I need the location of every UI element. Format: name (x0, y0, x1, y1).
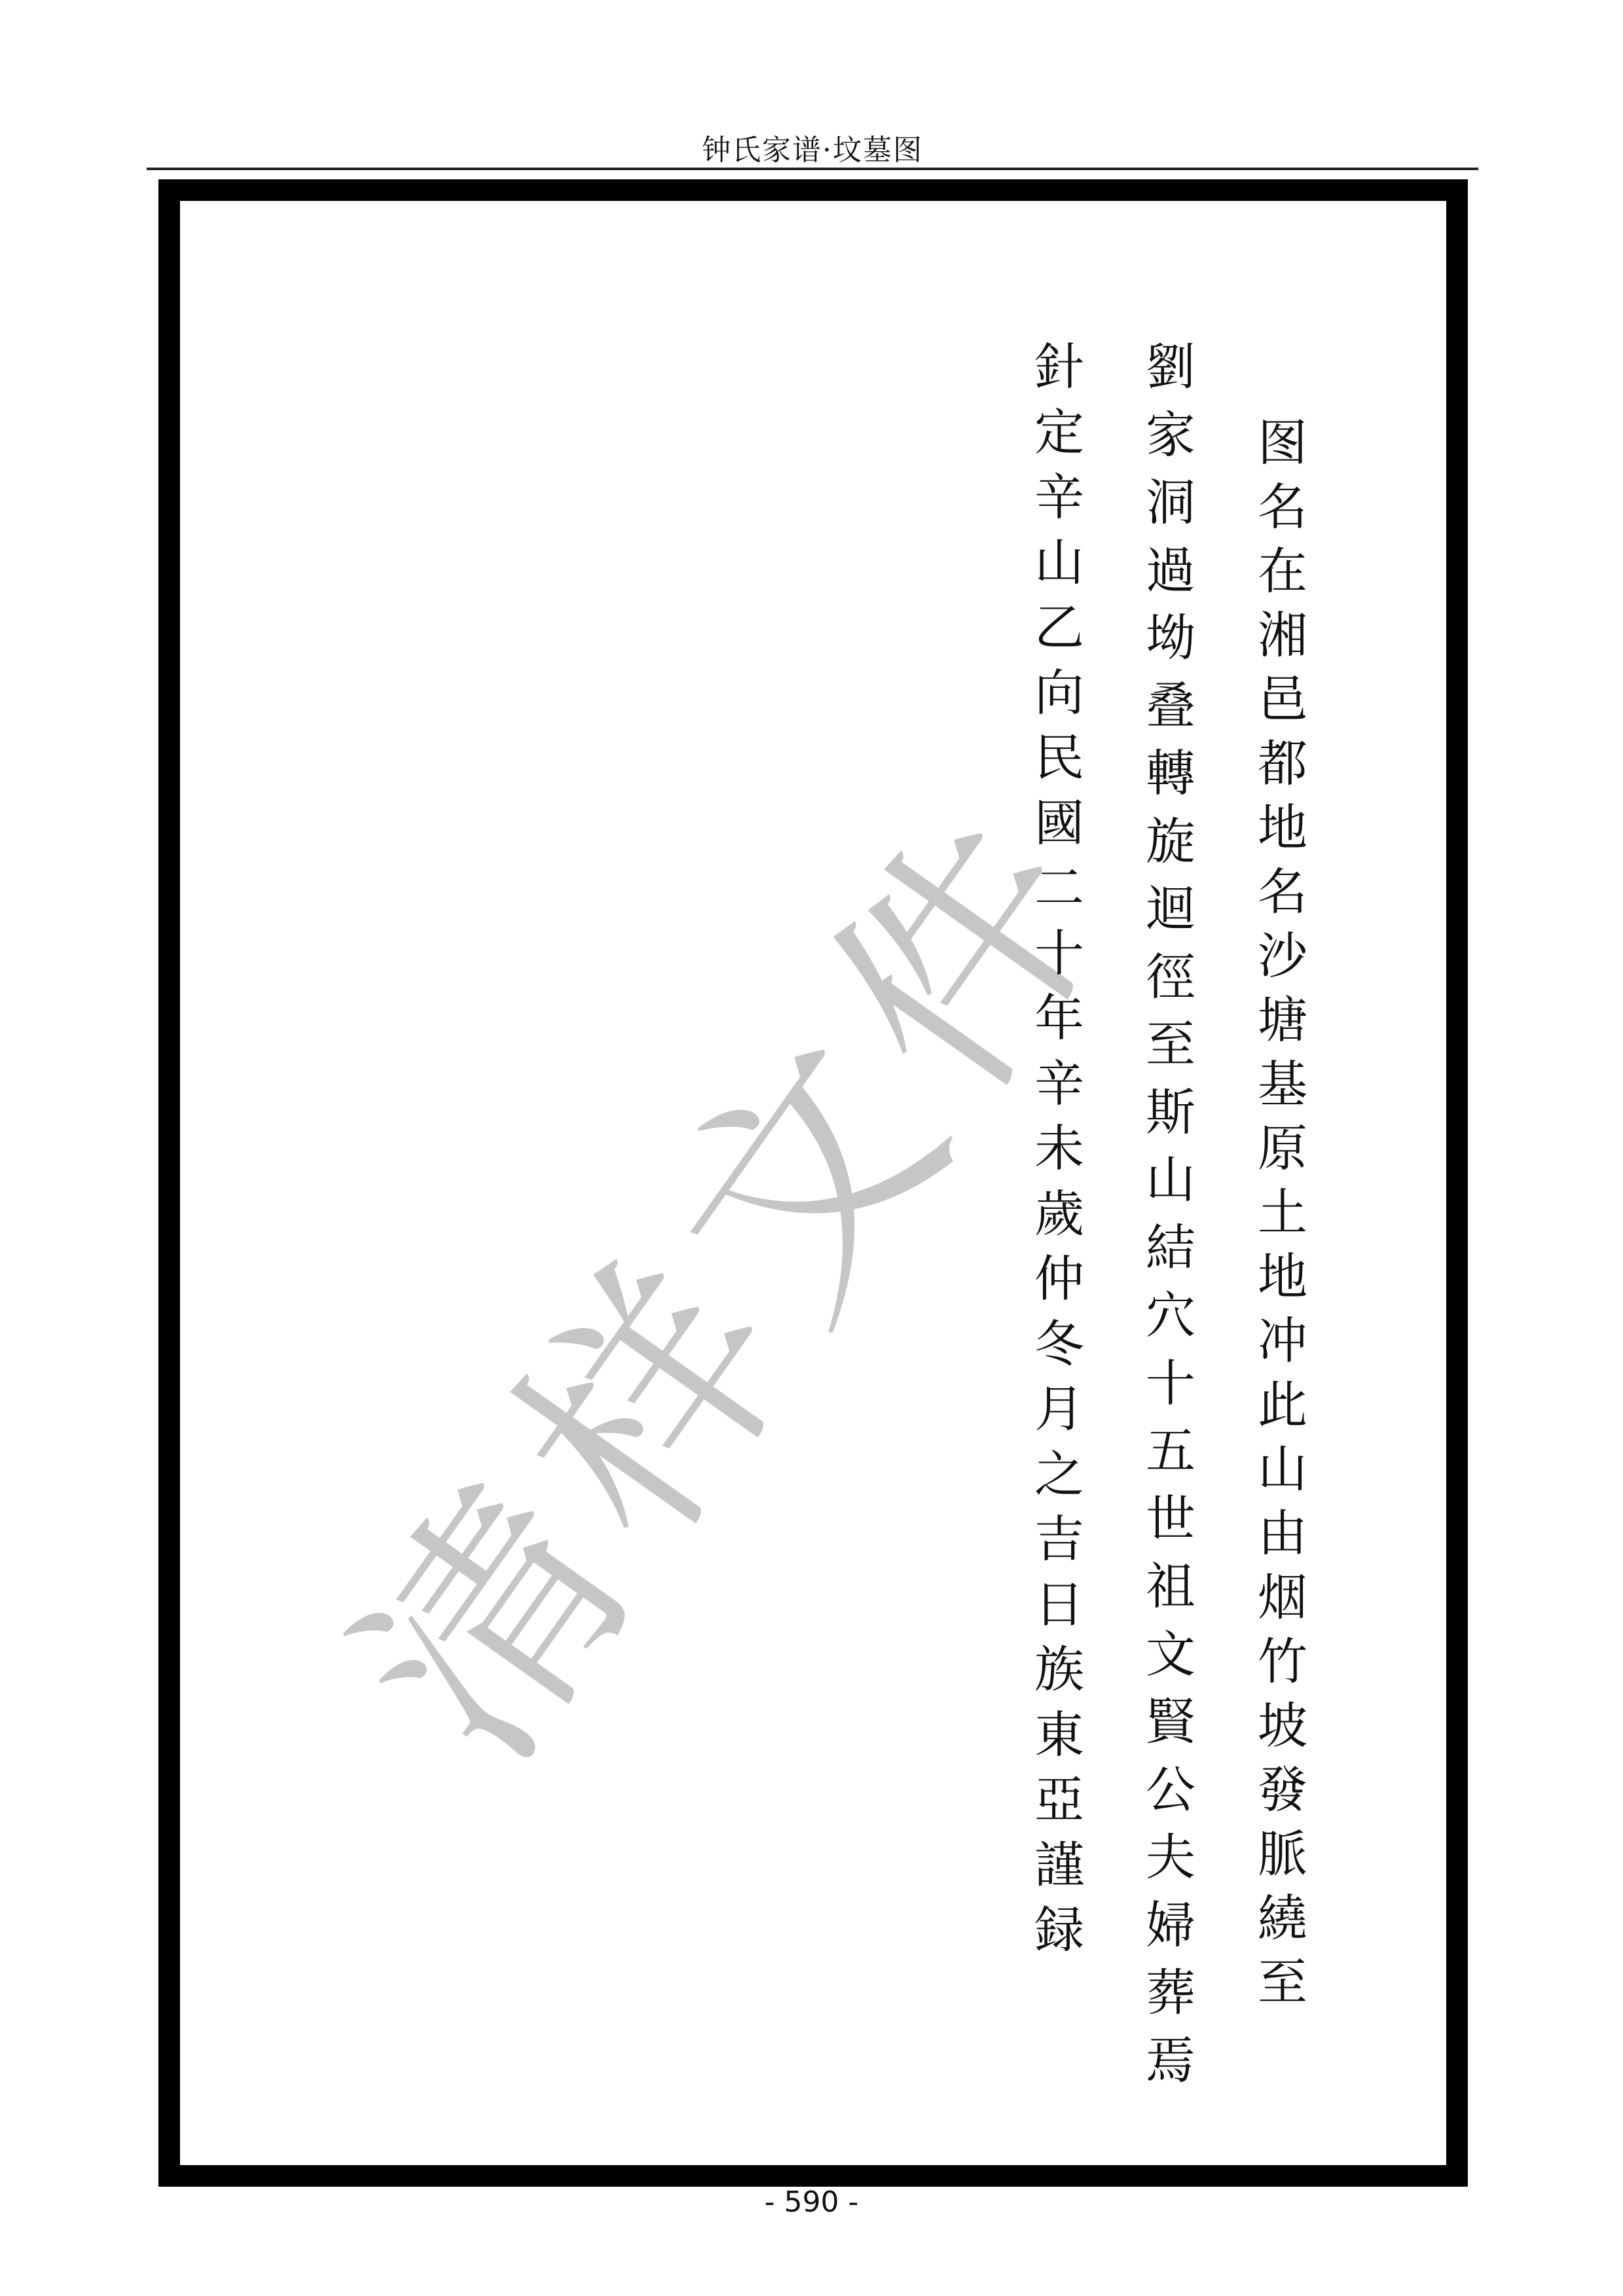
inscription-char: 繞 (1250, 1886, 1315, 1950)
inscription-char: 沙 (1250, 924, 1315, 988)
inscription-char: 族 (1027, 1637, 1092, 1702)
inscription-char: 都 (1250, 732, 1315, 796)
inscription-char: 東 (1027, 1702, 1092, 1768)
inscription-char: 山 (1250, 1437, 1315, 1501)
inscription-char: 向 (1027, 660, 1092, 726)
inscription-char: 月 (1027, 1376, 1092, 1442)
inscription-column-1: 图名在湘邑都地名沙塘基原土地冲此山由烟竹坡發脈繞至 (1250, 411, 1315, 2015)
inscription-char: 邑 (1250, 668, 1315, 732)
inscription-char: 之 (1027, 1442, 1092, 1507)
inscription-char: 冬 (1027, 1312, 1092, 1377)
inscription-char: 土 (1250, 1181, 1315, 1245)
inscription-char: 過 (1138, 537, 1203, 605)
inscription-char: 叠 (1138, 672, 1203, 740)
inscription-char: 基 (1250, 1052, 1315, 1117)
inscription-char: 徑 (1138, 943, 1203, 1011)
inscription-char: 五 (1138, 1417, 1203, 1485)
page-number: - 590 - (0, 2186, 1623, 2219)
inscription-char: 至 (1250, 1950, 1315, 2015)
inscription-char: 婦 (1138, 1892, 1203, 1960)
inscription-char: 乙 (1027, 595, 1092, 660)
inscription-char: 地 (1250, 1245, 1315, 1309)
inscription-char: 十 (1138, 1350, 1203, 1418)
inscription-char: 賢 (1138, 1688, 1203, 1756)
inscription-char: 迴 (1138, 875, 1203, 943)
inscription-char: 十 (1027, 921, 1092, 986)
inscription-char: 名 (1250, 860, 1315, 924)
inscription-char: 仲 (1027, 1246, 1092, 1312)
inscription-char: 轉 (1138, 740, 1203, 808)
inscription-char: 謹 (1027, 1833, 1092, 1898)
inscription-char: 地 (1250, 796, 1315, 860)
inscription-char: 吉 (1027, 1507, 1092, 1572)
inscription-char: 图 (1250, 411, 1315, 475)
inscription-char: 辛 (1027, 465, 1092, 530)
inscription-char: 未 (1027, 1116, 1092, 1181)
inscription-char: 坡 (1250, 1694, 1315, 1758)
inscription-char: 此 (1250, 1373, 1315, 1437)
inscription-char: 針 (1027, 334, 1092, 400)
inscription-char: 家 (1138, 401, 1203, 469)
inscription-char: 民 (1027, 725, 1092, 791)
inscription-char: 山 (1027, 530, 1092, 596)
inscription-char: 歲 (1027, 1181, 1092, 1247)
inscription-char: 脈 (1250, 1822, 1315, 1886)
inscription-char: 焉 (1138, 2027, 1203, 2095)
inscription-char: 名 (1250, 475, 1315, 539)
inscription-char: 原 (1250, 1117, 1315, 1181)
inscription-char: 坳 (1138, 604, 1203, 672)
inscription-char: 旋 (1138, 808, 1203, 876)
inscription-char: 劉 (1138, 333, 1203, 401)
inscription-char: 文 (1138, 1621, 1203, 1689)
inscription-char: 葬 (1138, 1959, 1203, 2027)
inscription-char: 録 (1027, 1897, 1092, 1963)
inscription-char: 日 (1027, 1572, 1092, 1638)
inscription-char: 湘 (1250, 603, 1315, 668)
inscription-char: 在 (1250, 539, 1315, 603)
inscription-char: 公 (1138, 1756, 1203, 1824)
inscription-char: 洞 (1138, 469, 1203, 537)
inscription-char: 定 (1027, 400, 1092, 465)
inscription-char: 穴 (1138, 1282, 1203, 1350)
inscription-char: 由 (1250, 1501, 1315, 1566)
inscription-char: 世 (1138, 1485, 1203, 1553)
inscription-char: 年 (1027, 986, 1092, 1051)
inscription-char: 夫 (1138, 1823, 1203, 1892)
inscription-char: 山 (1138, 1146, 1203, 1214)
inscription-char: 竹 (1250, 1630, 1315, 1694)
inscription-char: 斯 (1138, 1079, 1203, 1147)
running-header: 钟氏家谱·坟墓图 (147, 134, 1478, 167)
inscription-char: 亞 (1027, 1767, 1092, 1833)
inscription-column-2: 劉家洞過坳叠轉旋迴徑至斯山結穴十五世祖文賢公夫婦葬焉 (1138, 333, 1203, 2094)
inscription-char: 冲 (1250, 1309, 1315, 1373)
inscription-char: 辛 (1027, 1051, 1092, 1117)
inscription-char: 發 (1250, 1758, 1315, 1822)
inscription-char: 烟 (1250, 1566, 1315, 1630)
inscription-char: 至 (1138, 1011, 1203, 1079)
header-rule (147, 168, 1478, 170)
inscription-char: 結 (1138, 1214, 1203, 1282)
inscription-char: 祖 (1138, 1552, 1203, 1621)
inscription-char: 二 (1027, 855, 1092, 921)
inscription-char: 國 (1027, 791, 1092, 856)
inscription-char: 塘 (1250, 988, 1315, 1052)
inscription-column-3: 針定辛山乙向民國二十年辛未歲仲冬月之吉日族東亞謹録 (1027, 334, 1092, 1963)
